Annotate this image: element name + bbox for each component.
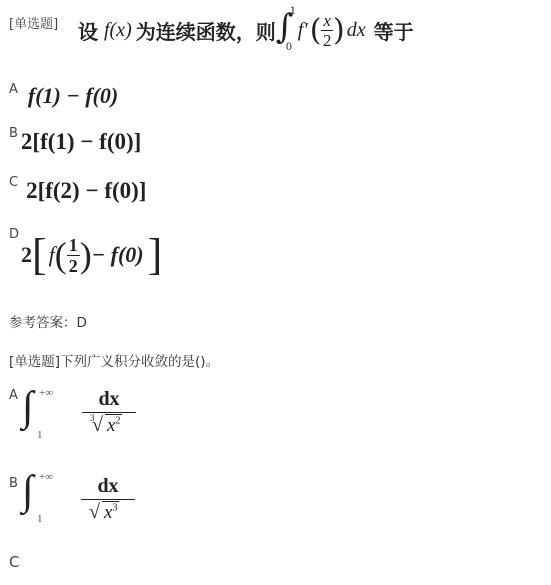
- option-letter: C: [9, 175, 18, 190]
- integral-sign: ∫: [22, 386, 34, 428]
- option-expr: 2[f(1) − f(0)]: [21, 129, 141, 155]
- option-a[interactable]: A ∫ +∞ 1 dx 3 √ x2: [9, 388, 209, 448]
- option-a[interactable]: A f(1) − f(0): [9, 82, 118, 109]
- stem-suffix: 等于: [374, 16, 414, 45]
- option-letter: A: [9, 388, 18, 403]
- option-expr: 2 [ f ( 1 2 ) − f(0) ]: [21, 233, 162, 277]
- integral-sign: ∫ 1 0: [276, 10, 294, 50]
- integrand-fraction: dx √ x3: [81, 475, 135, 526]
- option-b[interactable]: B ∫ +∞ 1 dx √ x3: [9, 472, 209, 532]
- option-c[interactable]: C: [9, 553, 19, 571]
- option-d[interactable]: D 2 [ f ( 1 2 ) − f(0) ]: [9, 227, 162, 277]
- stem-mid: 为连续函数，则: [136, 16, 276, 45]
- option-letter: B: [9, 476, 18, 491]
- option-letter: A: [9, 82, 18, 97]
- question2-stem: [单选题]下列广义积分收敛的是()。: [9, 350, 219, 370]
- option-expr: 2[f(2) − f(0)]: [26, 178, 146, 204]
- option-b[interactable]: B 2[f(1) − f(0)]: [9, 126, 141, 155]
- option-expr: f(1) − f(0): [28, 83, 118, 109]
- option-letter: D: [9, 227, 19, 242]
- question1-stem: 设 f(x) 为连续函数，则 ∫ 1 0 f′ ( x 2 ) dx 等于: [78, 10, 414, 50]
- option-letter: B: [9, 126, 18, 141]
- integrand-fraction: dx 3 √ x2: [82, 388, 136, 439]
- integrand-fraction: x 2: [321, 12, 333, 49]
- stem-prefix: 设: [78, 16, 98, 45]
- integral-sign: ∫: [22, 470, 34, 512]
- question-type-tag: [单选题]: [9, 13, 58, 32]
- integrand-dx: dx: [347, 19, 366, 42]
- stem-function: f(x): [104, 19, 132, 42]
- integrand-f: f′: [298, 19, 308, 42]
- answer-label: 参考答案：D: [9, 311, 87, 331]
- option-c[interactable]: C 2[f(2) − f(0)]: [9, 175, 146, 204]
